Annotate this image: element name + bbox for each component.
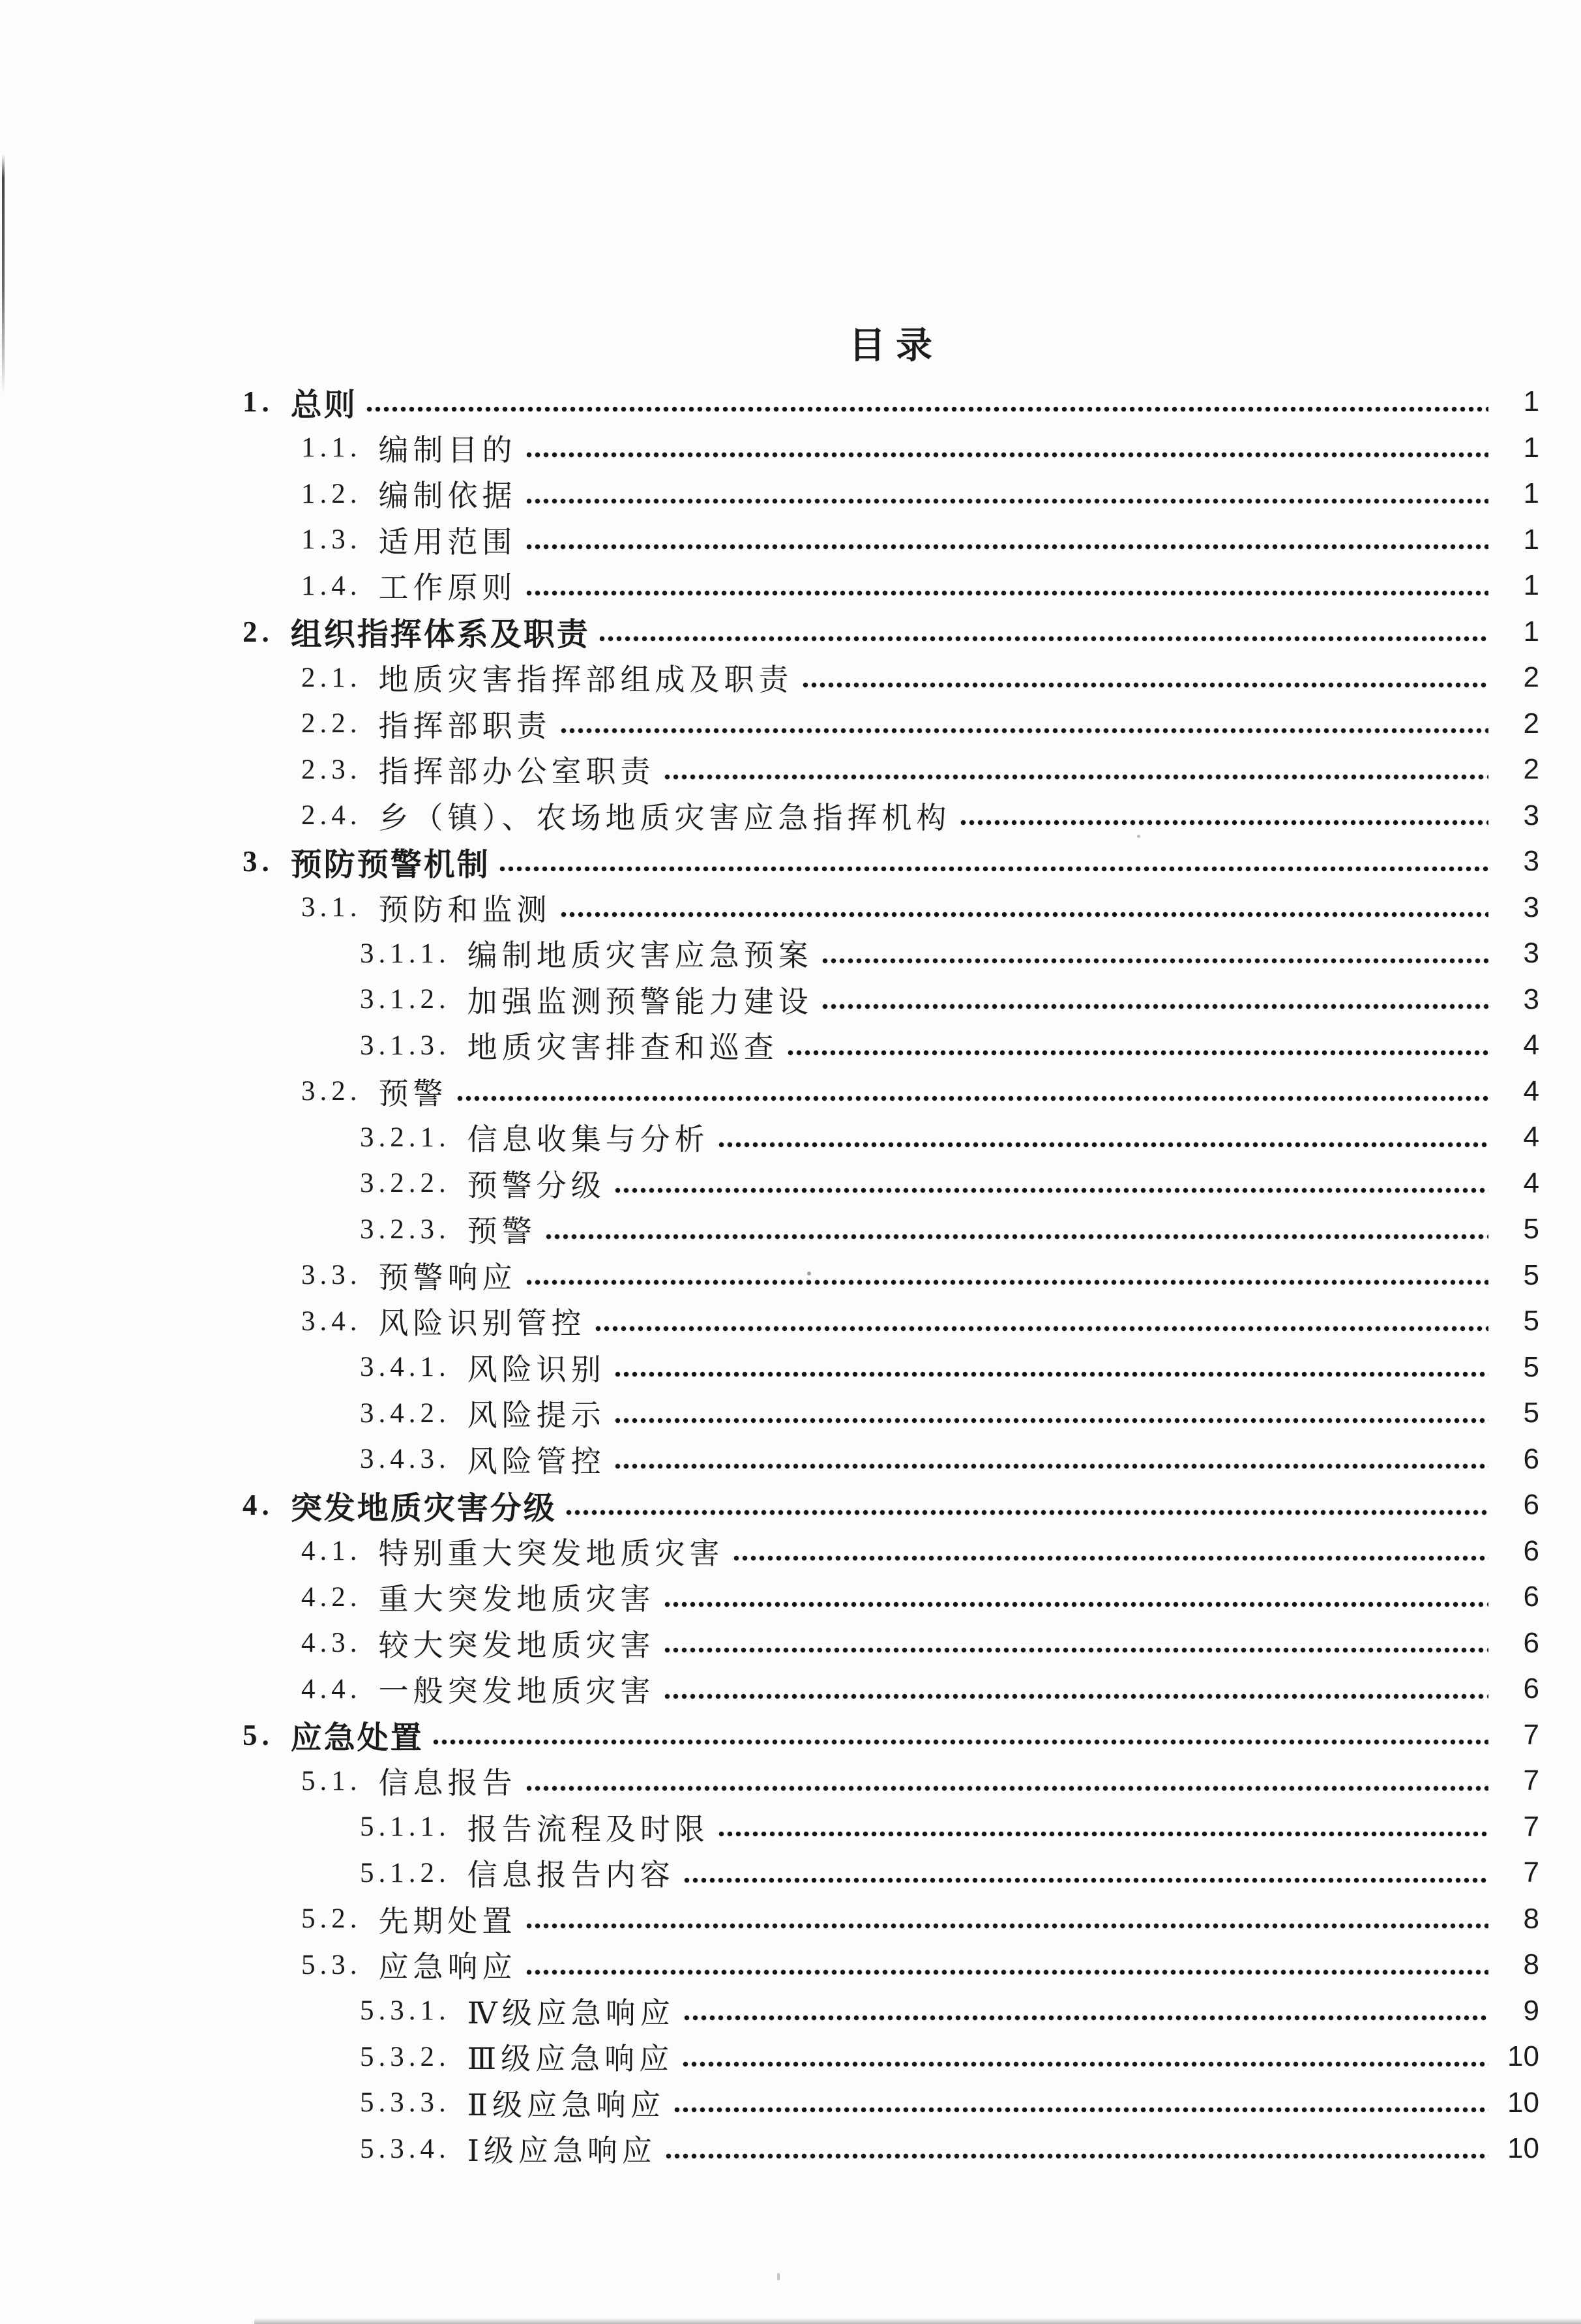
toc-entry[interactable]: 5.3.2.Ⅲ级应急响应10	[0, 2034, 1581, 2080]
toc-entry-number: 3.	[243, 844, 274, 878]
toc-entry-page-number: 2	[1494, 661, 1539, 694]
toc-entry[interactable]: 5.1.信息报告7	[0, 1758, 1581, 1804]
dot-leader	[615, 1371, 1488, 1377]
scanned-document-page: 目录 1.总则11.1.编制目的11.2.编制依据11.3.适用范围11.4.工…	[0, 0, 1581, 2324]
dot-leader	[526, 452, 1489, 458]
toc-entry-number: 5.3.2.	[360, 2041, 451, 2073]
toc-entry-page-number: 3	[1494, 891, 1539, 924]
toc-entry-label: 乡（镇）、农场地质灾害应急指挥机构	[379, 794, 951, 837]
toc-entry-number: 4.3.	[301, 1627, 362, 1659]
toc-entry[interactable]: 4.3.较大突发地质灾害6	[0, 1620, 1581, 1667]
toc-entry-page-number: 7	[1494, 1719, 1539, 1751]
toc-entry-label: 信息收集与分析	[467, 1116, 709, 1159]
toc-entry[interactable]: 5.1.2.信息报告内容7	[0, 1850, 1581, 1896]
dot-leader	[615, 1418, 1488, 1423]
toc-entry[interactable]: 5.3.3.Ⅱ级应急响应10	[0, 2080, 1581, 2126]
toc-entry-number: 1.4.	[301, 570, 362, 602]
toc-entry-page-number: 6	[1494, 1443, 1539, 1476]
toc-entry-page-number: 9	[1494, 1995, 1539, 2027]
dot-leader	[457, 1095, 1489, 1101]
dot-leader	[433, 1739, 1488, 1745]
toc-entry[interactable]: 3.4.1.风险识别5	[0, 1345, 1581, 1391]
toc-entry-label: 地质灾害排查和巡查	[467, 1024, 778, 1067]
dot-leader	[684, 2015, 1488, 2021]
toc-entry[interactable]: 5.3.应急响应8	[0, 1942, 1581, 1988]
toc-entry-label: 信息报告	[379, 1759, 517, 1802]
toc-entry-label: 预警分级	[467, 1162, 606, 1205]
dot-leader	[526, 1923, 1489, 1929]
toc-entry-page-number: 5	[1494, 1351, 1539, 1384]
toc-entry-page-number: 6	[1494, 1489, 1539, 1521]
dot-leader	[803, 682, 1489, 688]
toc-entry-label: 一般突发地质灾害	[379, 1667, 655, 1710]
toc-entry[interactable]: 3.2.2.预警分级4	[0, 1161, 1581, 1207]
toc-entry[interactable]: 1.1.编制目的1	[0, 425, 1581, 471]
dot-leader	[526, 1785, 1489, 1791]
toc-entry-page-number: 7	[1494, 1765, 1539, 1797]
toc-entry[interactable]: 3.1.2.加强监测预警能力建设3	[0, 977, 1581, 1023]
toc-entry[interactable]: 2.3.指挥部办公室职责2	[0, 747, 1581, 793]
dot-leader	[822, 958, 1488, 964]
toc-entry[interactable]: 5.1.1.报告流程及时限7	[0, 1804, 1581, 1851]
toc-entry-number: 3.4.2.	[360, 1397, 451, 1429]
toc-entry-label: 报告流程及时限	[467, 1806, 709, 1849]
toc-entry-page-number: 6	[1494, 1535, 1539, 1568]
dot-leader	[526, 1279, 1489, 1285]
toc-entry-label: 工作原则	[379, 564, 517, 607]
dot-leader	[526, 498, 1489, 504]
toc-entry-label: 适用范围	[379, 518, 517, 561]
toc-entry[interactable]: 3.3.预警响应5	[0, 1253, 1581, 1299]
toc-entry-number: 5.3.1.	[360, 1995, 451, 2027]
toc-entry-number: 2.	[243, 615, 274, 649]
toc-entry-page-number: 2	[1494, 753, 1539, 786]
dot-leader	[718, 1831, 1488, 1837]
toc-entry[interactable]: 2.1.地质灾害指挥部组成及职责2	[0, 655, 1581, 701]
toc-entry-number: 1.2.	[301, 478, 362, 510]
dot-leader	[615, 1463, 1488, 1469]
toc-entry[interactable]: 3.4.2.风险提示5	[0, 1390, 1581, 1437]
dot-leader	[615, 1187, 1488, 1193]
toc-entry-page-number: 1	[1494, 385, 1539, 418]
toc-entry-label: 预警	[467, 1208, 537, 1251]
dot-leader	[546, 1234, 1488, 1240]
toc-entry-number: 1.3.	[301, 524, 362, 556]
toc-entry-number: 5.1.	[301, 1765, 362, 1797]
toc-entry-label: 指挥部职责	[379, 702, 552, 745]
dot-leader	[683, 2061, 1488, 2067]
toc-entry-label: 应急处置	[291, 1712, 424, 1757]
dot-leader	[788, 1050, 1488, 1056]
toc-entry[interactable]: 3.2.1.信息收集与分析4	[0, 1114, 1581, 1161]
toc-entry-label: 指挥部办公室职责	[379, 748, 655, 791]
toc-entry-page-number: 5	[1494, 1305, 1539, 1337]
toc-entry-label: Ⅱ级应急响应	[467, 2081, 665, 2124]
toc-entry-page-number: 6	[1494, 1673, 1539, 1705]
toc-entry-page-number: 3	[1494, 799, 1539, 832]
toc-entry[interactable]: 3.4.3.风险管控6	[0, 1437, 1581, 1483]
toc-entry-page-number: 6	[1494, 1581, 1539, 1613]
toc-entry-number: 3.4.	[301, 1305, 362, 1337]
toc-entry[interactable]: 1.2.编制依据1	[0, 471, 1581, 517]
toc-entry[interactable]: 1.4.工作原则1	[0, 563, 1581, 609]
toc-entry[interactable]: 2.2.指挥部职责2	[0, 701, 1581, 747]
toc-entry-page-number: 1	[1494, 432, 1539, 464]
toc-entry-number: 5.3.4.	[360, 2133, 451, 2165]
dot-leader	[595, 1326, 1489, 1332]
toc-entry-label: 风险识别管控	[379, 1300, 586, 1343]
toc-entry-label: Ⅲ级应急响应	[467, 2035, 673, 2078]
toc-entry-page-number: 5	[1494, 1259, 1539, 1292]
dot-leader	[666, 2153, 1488, 2159]
toc-entry-page-number: 3	[1494, 937, 1539, 970]
toc-entry[interactable]: 4.2.重大突发地质灾害6	[0, 1574, 1581, 1620]
toc-entry[interactable]: 3.1.预防和监测3	[0, 885, 1581, 931]
dot-leader	[526, 590, 1489, 596]
dot-leader	[822, 1004, 1488, 1009]
toc-entry-number: 3.1.	[301, 891, 362, 923]
scan-artifact-vertical-line	[2, 154, 5, 394]
toc-entry-label: 地质灾害指挥部组成及职责	[379, 656, 793, 699]
toc-entry[interactable]: 1.总则1	[0, 379, 1581, 425]
toc-entry[interactable]: 2.4.乡（镇）、农场地质灾害应急指挥机构3	[0, 793, 1581, 839]
toc-entry[interactable]: 2.组织指挥体系及职责1	[0, 609, 1581, 655]
toc-entry-label: 编制依据	[379, 472, 517, 515]
toc-entry[interactable]: 4.1.特别重大突发地质灾害6	[0, 1528, 1581, 1575]
dot-leader	[599, 636, 1488, 642]
toc-entry-page-number: 8	[1494, 1948, 1539, 1981]
toc-entry-number: 4.4.	[301, 1673, 362, 1705]
toc-entry-label: 预警	[379, 1070, 448, 1113]
table-of-contents: 1.总则11.1.编制目的11.2.编制依据11.3.适用范围11.4.工作原则…	[0, 379, 1581, 2172]
toc-entry-number: 5.1.2.	[360, 1857, 451, 1889]
toc-entry-number: 1.1.	[301, 432, 362, 464]
dot-leader	[664, 1693, 1489, 1699]
toc-entry[interactable]: 4.突发地质灾害分级6	[0, 1482, 1581, 1528]
toc-entry-number: 3.3.	[301, 1259, 362, 1291]
toc-entry-page-number: 10	[1494, 2040, 1539, 2073]
dot-leader	[733, 1555, 1489, 1561]
toc-entry-page-number: 1	[1494, 524, 1539, 556]
toc-entry-label: 先期处置	[379, 1898, 517, 1941]
toc-entry[interactable]: 5.3.1.Ⅳ级应急响应9	[0, 1988, 1581, 2034]
dot-leader	[674, 2107, 1488, 2113]
toc-entry-label: 编制地质灾害应急预案	[467, 932, 813, 975]
toc-entry-number: 2.1.	[301, 662, 362, 694]
dot-leader	[561, 728, 1489, 734]
toc-entry-number: 3.4.3.	[360, 1443, 451, 1475]
dot-leader	[664, 774, 1489, 780]
toc-entry-number: 2.2.	[301, 708, 362, 739]
toc-entry-page-number: 3	[1494, 983, 1539, 1016]
toc-entry-page-number: 6	[1494, 1627, 1539, 1660]
toc-entry-label: 风险识别	[467, 1346, 606, 1389]
toc-entry-page-number: 8	[1494, 1903, 1539, 1935]
dot-leader	[499, 866, 1488, 872]
toc-entry[interactable]: 3.2.预警4	[0, 1069, 1581, 1115]
toc-entry-number: 2.3.	[301, 754, 362, 786]
dot-leader	[684, 1877, 1488, 1883]
toc-entry-label: 风险提示	[467, 1392, 606, 1435]
toc-entry-label: 较大突发地质灾害	[379, 1622, 655, 1665]
toc-entry-number: 3.1.2.	[360, 983, 451, 1015]
toc-entry[interactable]: 3.1.3.地质灾害排查和巡查4	[0, 1022, 1581, 1069]
toc-entry[interactable]: 5.2.先期处置8	[0, 1896, 1581, 1943]
toc-entry-label: 加强监测预警能力建设	[467, 978, 813, 1021]
toc-entry-number: 3.2.3.	[360, 1214, 451, 1245]
toc-entry-number: 4.	[243, 1488, 274, 1522]
toc-entry-label: 总则	[291, 380, 357, 425]
toc-entry-page-number: 5	[1494, 1213, 1539, 1245]
toc-entry-number: 4.2.	[301, 1581, 362, 1613]
toc-entry-page-number: 7	[1494, 1856, 1539, 1889]
toc-entry-page-number: 1	[1494, 569, 1539, 602]
toc-entry-label: 特别重大突发地质灾害	[379, 1530, 724, 1573]
toc-entry-number: 4.1.	[301, 1535, 362, 1567]
toc-entry-number: 3.2.	[301, 1075, 362, 1107]
toc-entry[interactable]: 3.预防预警机制3	[0, 839, 1581, 885]
toc-entry-page-number: 1	[1494, 477, 1539, 510]
toc-entry-number: 2.4.	[301, 799, 362, 831]
toc-entry-page-number: 1	[1494, 616, 1539, 648]
toc-entry-page-number: 4	[1494, 1121, 1539, 1154]
toc-entry-label: 预警响应	[379, 1254, 517, 1297]
toc-entry-number: 3.1.1.	[360, 938, 451, 970]
toc-entry-label: 重大突发地质灾害	[379, 1575, 655, 1618]
scan-artifact-bottom-edge	[254, 2318, 1581, 2324]
toc-entry[interactable]: 1.3.适用范围1	[0, 517, 1581, 563]
toc-entry-number: 3.4.1.	[360, 1351, 451, 1383]
toc-entry-number: 3.2.1.	[360, 1122, 451, 1154]
toc-entry-number: 3.2.2.	[360, 1167, 451, 1199]
toc-entry-number: 5.2.	[301, 1903, 362, 1935]
toc-entry-label: Ⅰ级应急响应	[467, 2127, 657, 2170]
toc-entry-page-number: 10	[1494, 2087, 1539, 2119]
dot-leader	[718, 1142, 1488, 1148]
dot-leader	[526, 544, 1489, 550]
toc-entry[interactable]: 5.应急处置7	[0, 1712, 1581, 1759]
scan-artifact-speck	[777, 2273, 780, 2280]
toc-entry-label: 预防预警机制	[291, 839, 490, 884]
toc-entry-page-number: 4	[1494, 1075, 1539, 1108]
dot-leader	[566, 1510, 1488, 1515]
toc-entry-number: 5.	[243, 1718, 274, 1752]
toc-entry-label: 应急响应	[379, 1943, 517, 1986]
toc-entry-number: 5.3.3.	[360, 2087, 451, 2119]
dot-leader	[664, 1601, 1489, 1607]
toc-entry-number: 5.1.1.	[360, 1811, 451, 1843]
toc-entry-label: 编制目的	[379, 426, 517, 469]
dot-leader	[960, 820, 1489, 826]
toc-entry-page-number: 4	[1494, 1167, 1539, 1200]
toc-entry-number: 1.	[243, 385, 274, 419]
toc-entry-number: 5.3.	[301, 1949, 362, 1981]
toc-entry-label: 风险管控	[467, 1438, 606, 1481]
dot-leader	[526, 1969, 1489, 1975]
toc-entry-label: 信息报告内容	[467, 1851, 675, 1894]
toc-entry[interactable]: 5.3.4.Ⅰ级应急响应10	[0, 2126, 1581, 2172]
toc-entry-label: 组织指挥体系及职责	[291, 609, 590, 654]
dot-leader	[561, 912, 1489, 917]
toc-entry-page-number: 7	[1494, 1811, 1539, 1843]
toc-entry-label: 突发地质灾害分级	[291, 1483, 557, 1528]
toc-entry-page-number: 2	[1494, 708, 1539, 740]
toc-entry[interactable]: 3.4.风险识别管控5	[0, 1298, 1581, 1345]
toc-entry-page-number: 5	[1494, 1397, 1539, 1429]
toc-entry-number: 3.1.3.	[360, 1030, 451, 1062]
toc-entry-page-number: 3	[1494, 845, 1539, 878]
toc-entry-page-number: 10	[1494, 2132, 1539, 2165]
page-title: 目录	[243, 325, 1539, 366]
toc-entry-page-number: 4	[1494, 1029, 1539, 1062]
toc-entry[interactable]: 4.4.一般突发地质灾害6	[0, 1666, 1581, 1712]
toc-entry[interactable]: 3.1.1.编制地质灾害应急预案3	[0, 931, 1581, 977]
dot-leader	[664, 1647, 1489, 1653]
toc-entry-label: Ⅳ级应急响应	[467, 1989, 675, 2033]
toc-entry-label: 预防和监测	[379, 886, 552, 929]
toc-entry[interactable]: 3.2.3.预警5	[0, 1206, 1581, 1253]
dot-leader	[366, 406, 1488, 412]
